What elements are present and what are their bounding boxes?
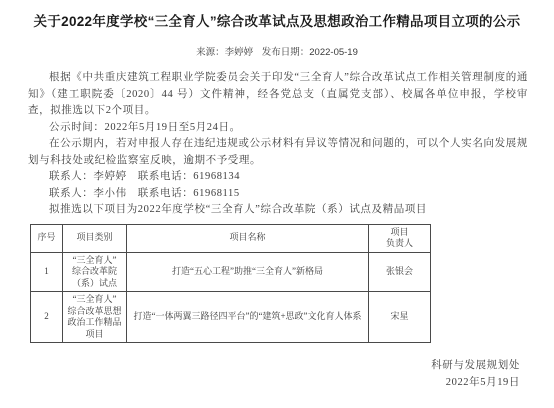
meta-publish-date: 发布日期：2022-05-19: [262, 47, 358, 58]
table-row: 1 “三全育人” 综合改革院 （系）试点 打造“五心工程”助推“三全育人”新格局…: [31, 252, 431, 292]
cell-index: 2: [31, 292, 63, 343]
cell-project-name: 打造“五心工程”助推“三全育人”新格局: [127, 252, 369, 292]
projects-table: 序号 项目类别 项目名称 项目 负责人 1 “三全育人” 综合改革院 （系）试点…: [30, 224, 431, 344]
cell-leader: 张银会: [369, 252, 431, 292]
cell-leader: 宋星: [369, 292, 431, 343]
paragraph-publicity-period: 公示时间：2022年5月19日至5月24日。: [28, 120, 528, 137]
announcement-body: 根据《中共重庆建筑工程职业学院委员会关于印发“三全育人”综合改革试点工作相关管理…: [28, 70, 528, 219]
table-intro: 拟推选以下项目为2022年度学校“三全育人”综合改革院（系）试点及精品项目: [28, 202, 528, 219]
header-leader: 项目 负责人: [369, 224, 431, 252]
header-index: 序号: [31, 224, 63, 252]
meta-source: 来源：李婷婷: [196, 47, 253, 58]
paragraph-objection-notice: 在公示期内，若对申报人存在违纪违规或公示材料有异议等情况和问题的，可以个人实名向…: [28, 136, 528, 169]
footer-department: 科研与发展规划处: [0, 357, 520, 374]
header-project-name: 项目名称: [127, 224, 369, 252]
cell-category: “三全育人” 综合改革思想 政治工作精品 项目: [63, 292, 127, 343]
paragraph-basis: 根据《中共重庆建筑工程职业学院委员会关于印发“三全育人”综合改革试点工作相关管理…: [28, 70, 528, 120]
announcement-page: 关于2022年度学校“三全育人”综合改革试点及思想政治工作精品项目立项的公示 来…: [0, 0, 554, 408]
cell-category: “三全育人” 综合改革院 （系）试点: [63, 252, 127, 292]
signature-block: 科研与发展规划处 2022年5月19日: [0, 357, 520, 391]
page-title: 关于2022年度学校“三全育人”综合改革试点及思想政治工作精品项目立项的公示: [0, 0, 554, 31]
table-header-row: 序号 项目类别 项目名称 项目 负责人: [31, 224, 431, 252]
cell-index: 1: [31, 252, 63, 292]
header-category: 项目类别: [63, 224, 127, 252]
meta-line: 来源：李婷婷 发布日期：2022-05-19: [0, 44, 554, 58]
footer-date: 2022年5月19日: [0, 374, 520, 391]
cell-project-name: 打造“一体两翼三路径四平台”的“建筑+思政”文化育人体系: [127, 292, 369, 343]
table-row: 2 “三全育人” 综合改革思想 政治工作精品 项目 打造“一体两翼三路径四平台”…: [31, 292, 431, 343]
contact-line-1: 联系人：李婷婷 联系电话：61968134: [28, 169, 528, 186]
contact-line-2: 联系人：李小伟 联系电话：61968115: [28, 186, 528, 203]
